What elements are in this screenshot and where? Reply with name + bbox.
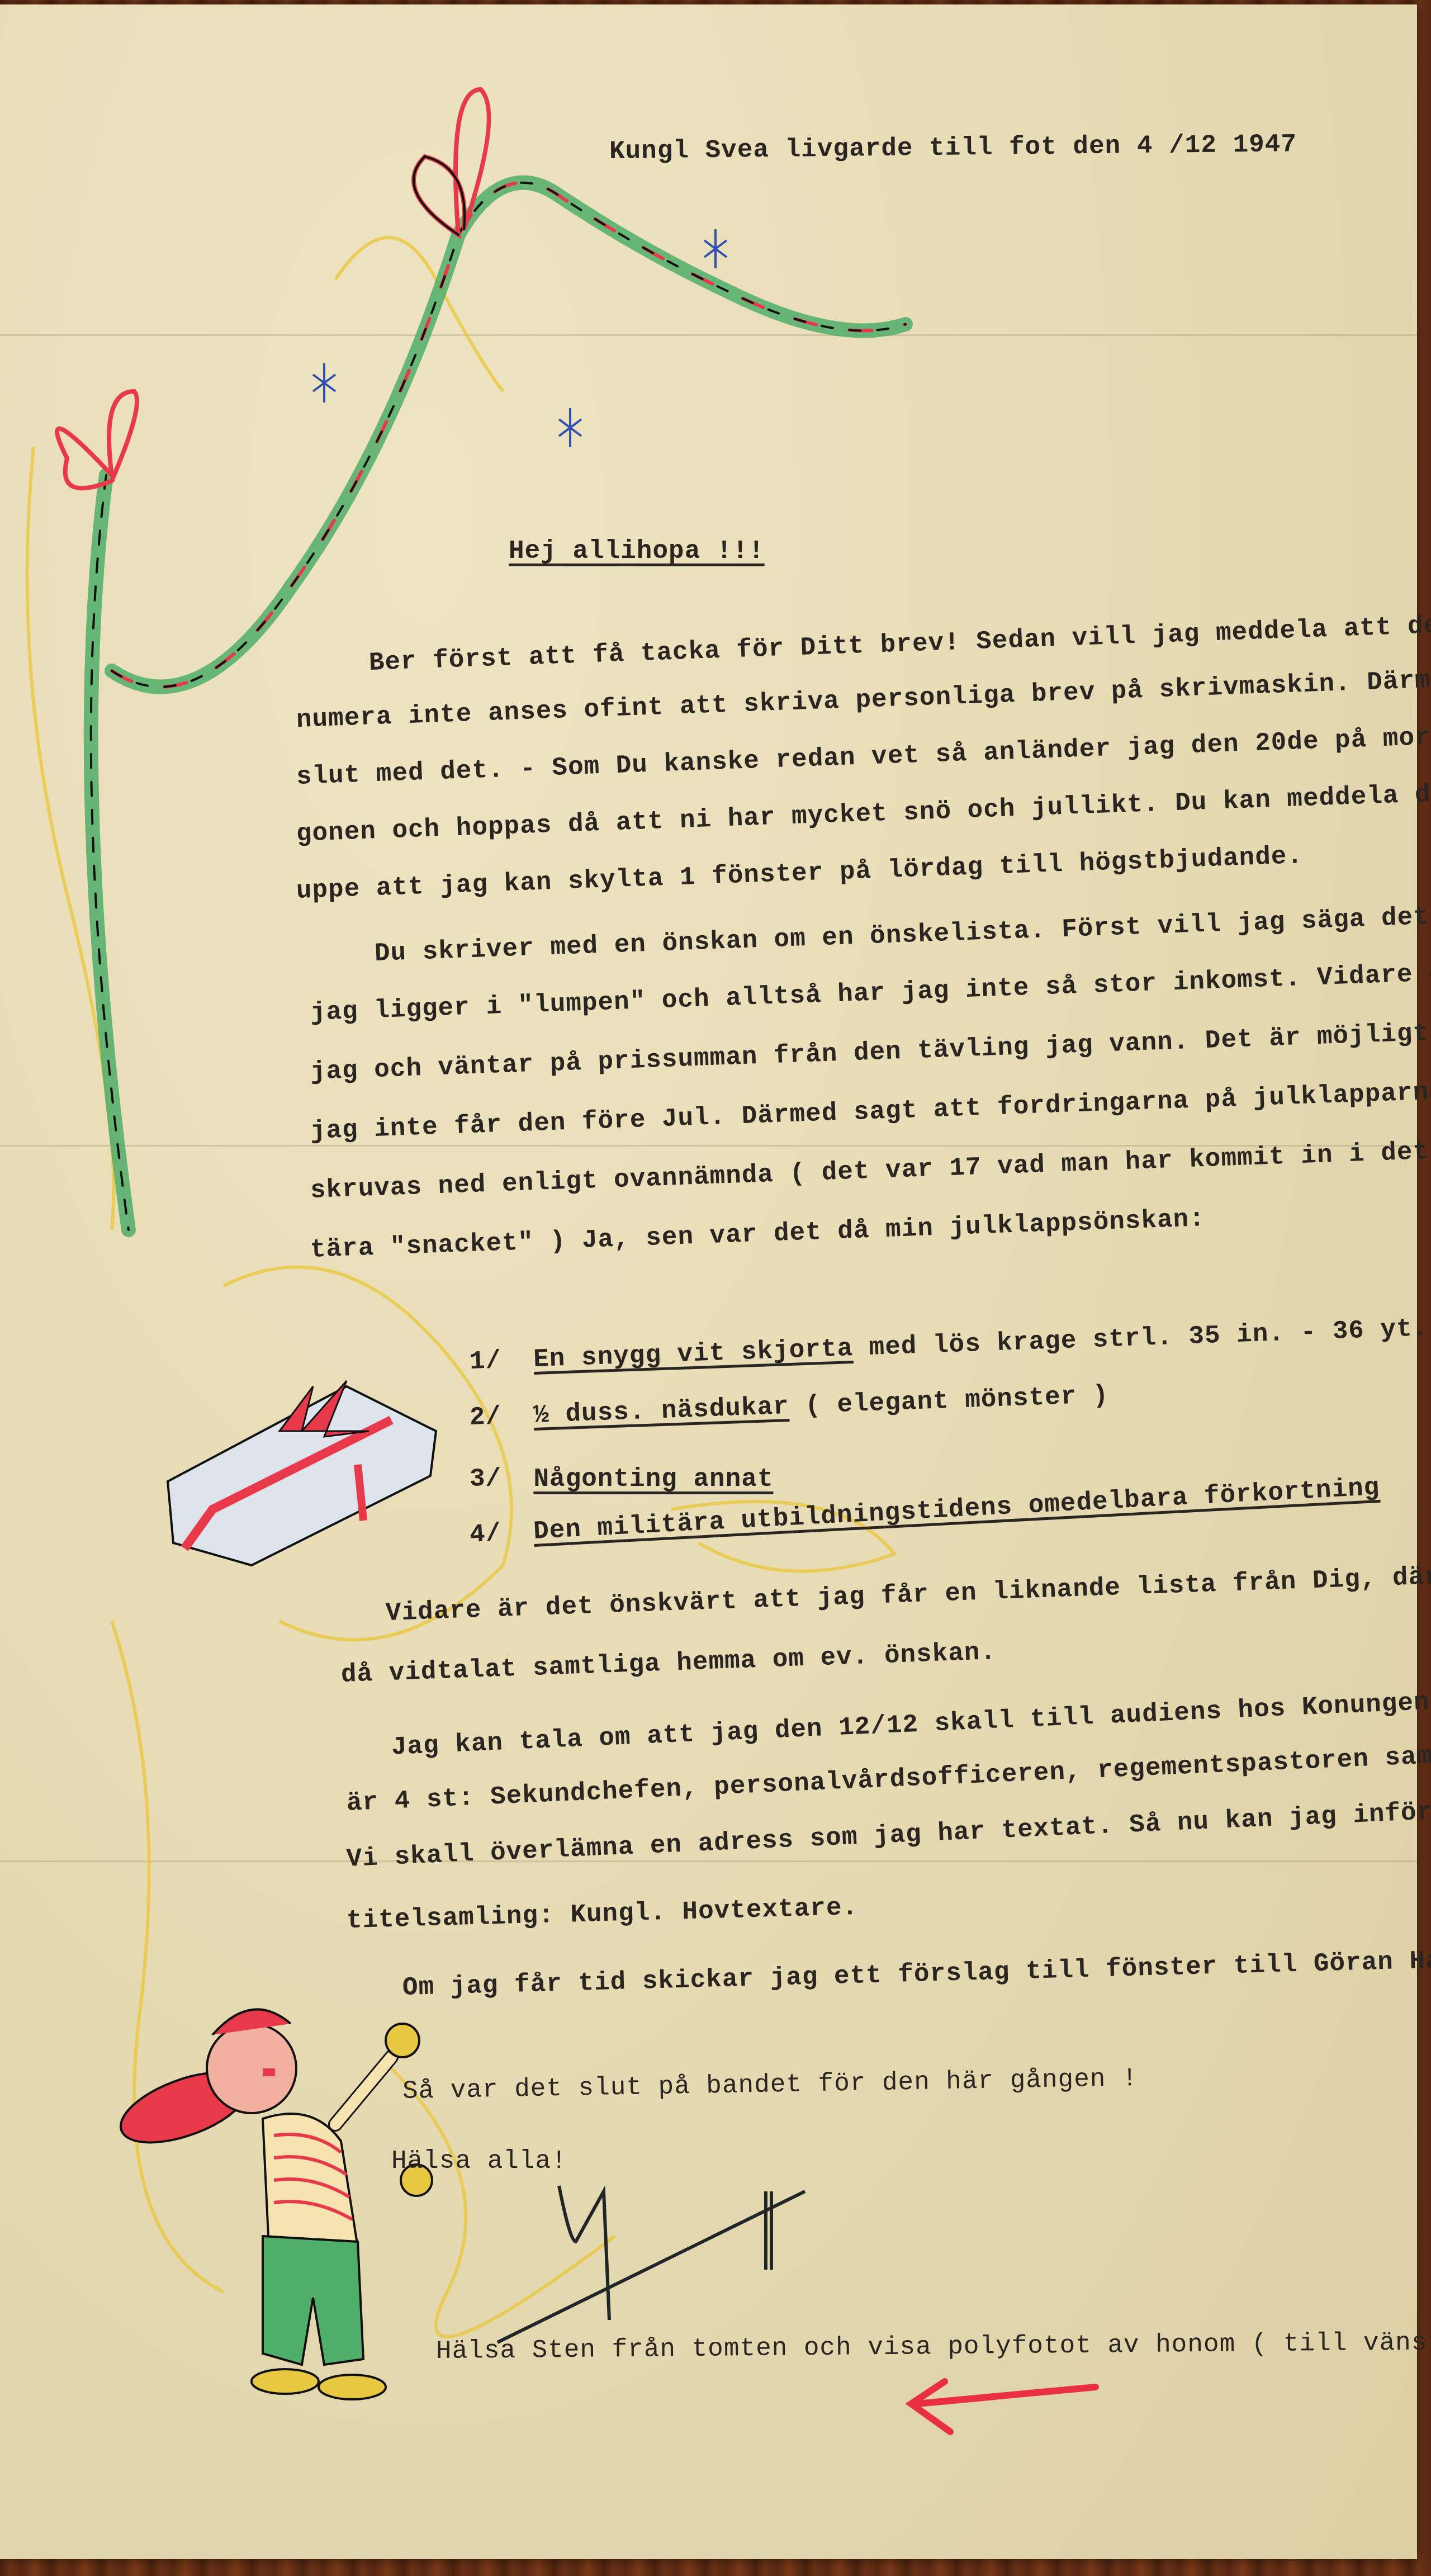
regards-line: Hälsa alla! bbox=[391, 2147, 567, 2176]
wishlist-item: 3/ Någonting annat bbox=[470, 1465, 774, 1494]
gift-icon bbox=[168, 1381, 436, 1565]
wishlist-item-title: Någonting annat bbox=[533, 1465, 773, 1494]
wishlist-number: 4/ bbox=[469, 1519, 503, 1550]
greeting: Hej allihopa !!! bbox=[509, 537, 765, 566]
elf-tomte-icon bbox=[112, 2009, 432, 2399]
wishlist-number: 2/ bbox=[469, 1402, 502, 1432]
wishlist-number: 3/ bbox=[470, 1465, 501, 1494]
drawings-layer bbox=[0, 0, 1431, 2576]
red-arrow-left-icon bbox=[911, 2381, 1096, 2432]
signature-flourish-icon bbox=[497, 2186, 805, 2342]
wishlist-number: 1/ bbox=[469, 1346, 502, 1376]
